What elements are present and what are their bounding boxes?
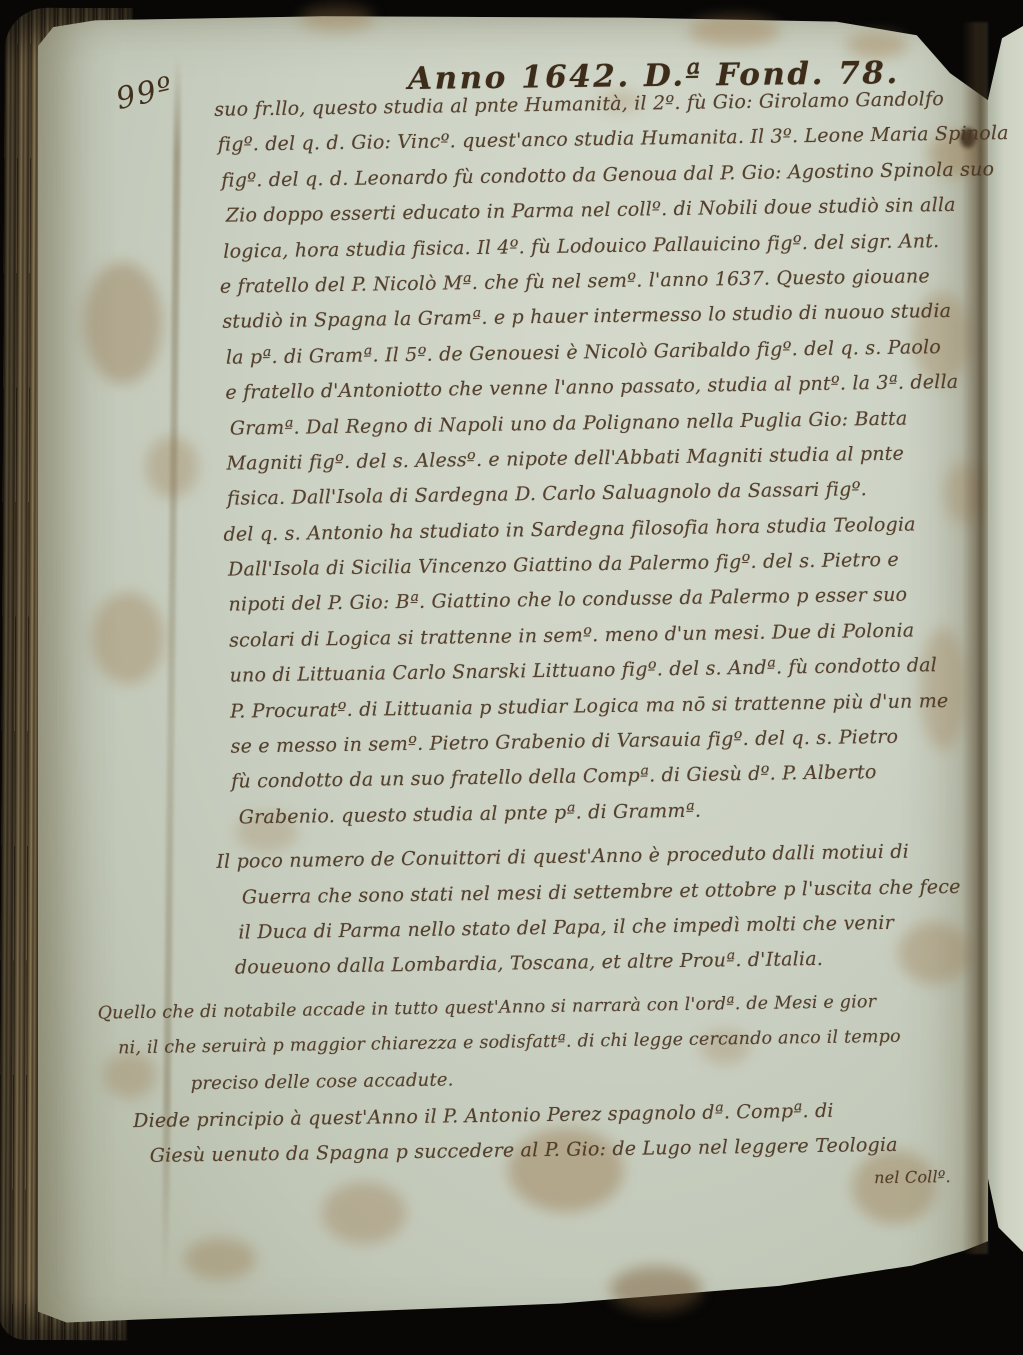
manuscript-photo: 99º Anno 1642. D.ª Fond. 78. suo fr.llo,… <box>0 0 1023 1355</box>
manuscript-text: suo fr.llo, questo studia al pnte Humani… <box>0 81 1023 1205</box>
manuscript-line: nel Collº. <box>874 1161 1023 1191</box>
